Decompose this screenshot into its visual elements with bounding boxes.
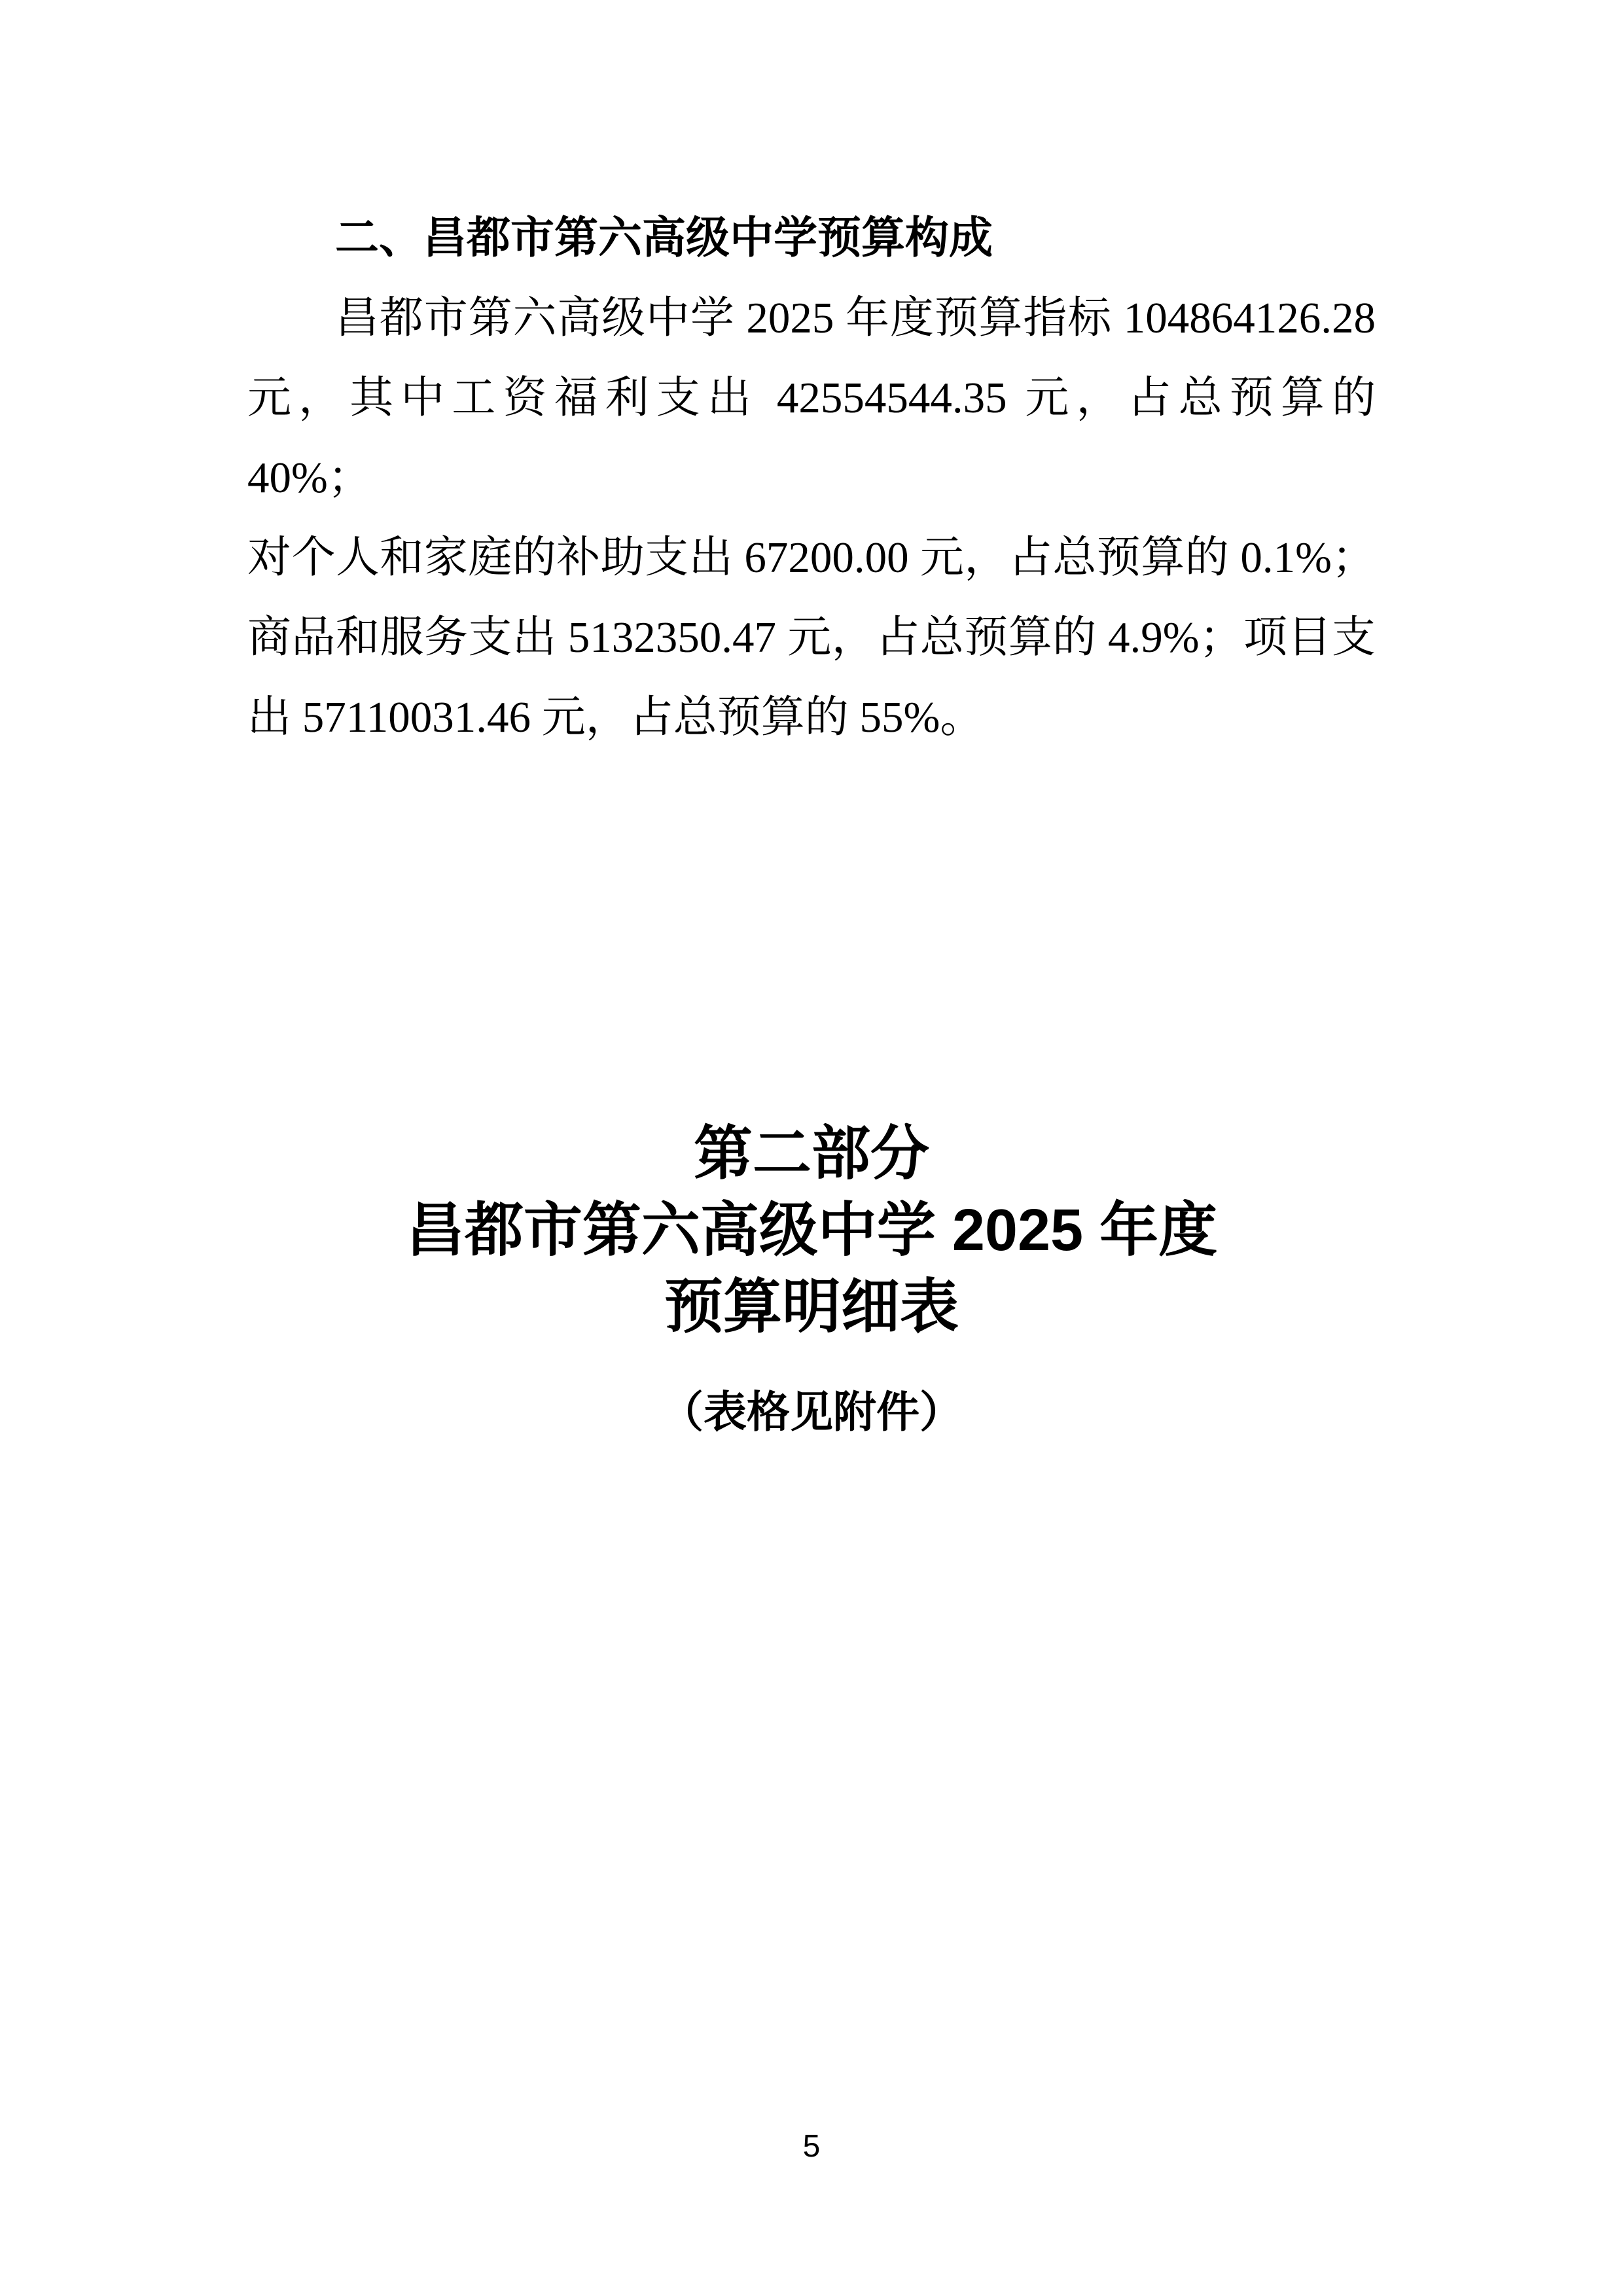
part-title-line-3: 预算明细表 [0, 1269, 1623, 1346]
paragraph-line-1: 昌都市第六高级中学 2025 年度预算指标 104864126.28 [247, 278, 1376, 358]
attachment-note: （表格见附件） [0, 1385, 1623, 1439]
section-heading: 二、昌都市第六高级中学预算构成 [247, 198, 1376, 278]
page-number: 5 [0, 2128, 1623, 2165]
paragraph-line-5: 出 57110031.46 元，占总预算的 55%。 [247, 677, 1376, 757]
document-page: 二、昌都市第六高级中学预算构成 昌都市第六高级中学 2025 年度预算指标 10… [0, 0, 1623, 2296]
budget-composition-section: 二、昌都市第六高级中学预算构成 昌都市第六高级中学 2025 年度预算指标 10… [247, 198, 1376, 757]
paragraph-line-4: 商品和服务支出 5132350.47 元，占总预算的 4.9%；项目支 [247, 598, 1376, 677]
part-two-title-block: 第二部分 昌都市第六高级中学 2025 年度 预算明细表 [0, 1116, 1623, 1346]
part-title-line-1: 第二部分 [0, 1116, 1623, 1193]
paragraph-line-3: 对个人和家庭的补助支出 67200.00 元，占总预算的 0.1%； [247, 518, 1376, 598]
part-title-line-2: 昌都市第六高级中学 2025 年度 [0, 1193, 1623, 1269]
paragraph-line-2: 元，其中工资福利支出 42554544.35 元，占总预算的 40%； [247, 358, 1376, 518]
